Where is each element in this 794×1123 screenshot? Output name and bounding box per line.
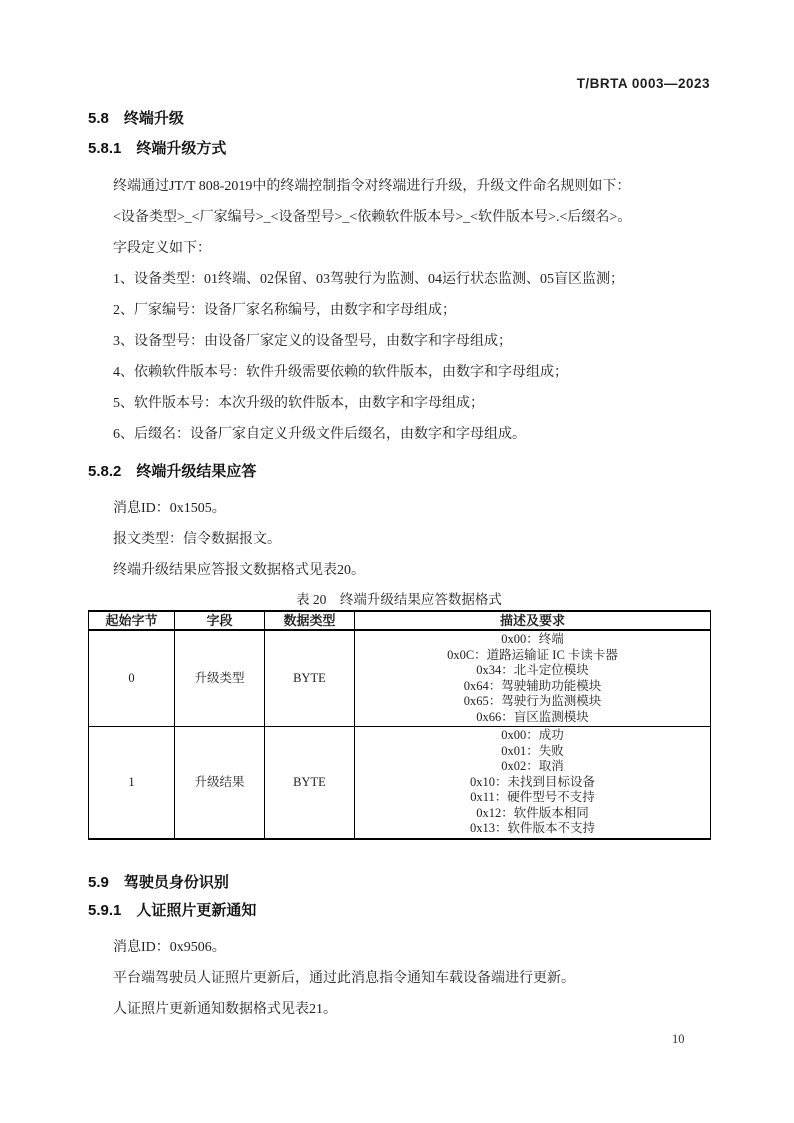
- cell-start-byte: 1: [89, 727, 175, 839]
- section-title: 终端升级结果应答: [136, 463, 256, 480]
- document-page: T/BRTA 0003—2023 5.8终端升级 5.8.1终端升级方式 终端通…: [0, 0, 794, 1123]
- paragraph-naming-rule: <设备类型>_<厂家编号>_<设备型号>_<依赖软件版本号>_<软件版本号>.<…: [113, 208, 710, 228]
- table-20-caption: 表 20 终端升级结果应答数据格式: [88, 590, 710, 610]
- section-number: 5.8.2: [88, 463, 121, 480]
- table-20: 起始字节 字段 数据类型 描述及要求 0 升级类型 BYTE 0x00：终端 0…: [88, 610, 711, 840]
- cell-description: 0x00：成功 0x01：失败 0x02：取消 0x10：未找到目标设备 0x1…: [355, 727, 711, 839]
- paragraph-message-id: 消息ID：0x1505。: [113, 499, 710, 519]
- col-header-field: 字段: [175, 611, 265, 630]
- section-title: 人证照片更新通知: [136, 902, 256, 919]
- col-header-data-type: 数据类型: [265, 611, 355, 630]
- table-header-row: 起始字节 字段 数据类型 描述及要求: [89, 611, 711, 630]
- cell-data-type: BYTE: [265, 630, 355, 727]
- paragraph-photo-update-desc: 平台端驾驶员人证照片更新后，通过此消息指令通知车载设备端进行更新。: [113, 969, 710, 989]
- section-5-9-heading: 5.9驾驶员身份识别: [88, 873, 710, 893]
- cell-field: 升级类型: [175, 630, 265, 727]
- paragraph-message-id: 消息ID：0x9506。: [113, 938, 710, 958]
- paragraph-upgrade-intro: 终端通过JT/T 808-2019中的终端控制指令对终端进行升级，升级文件命名规…: [113, 177, 710, 197]
- table-row: 1 升级结果 BYTE 0x00：成功 0x01：失败 0x02：取消 0x10…: [89, 727, 711, 839]
- section-number: 5.8.1: [88, 140, 121, 157]
- cell-data-type: BYTE: [265, 727, 355, 839]
- page-number: 10: [672, 1032, 685, 1047]
- section-5-8-1-heading: 5.8.1终端升级方式: [88, 139, 710, 159]
- section-title: 终端升级方式: [136, 140, 226, 157]
- list-item-dependent-version: 4、依赖软件版本号：软件升级需要依赖的软件版本，由数字和字母组成；: [113, 363, 710, 383]
- paragraph-table-reference: 人证照片更新通知数据格式见表21。: [113, 1000, 710, 1020]
- paragraph-table-reference: 终端升级结果应答报文数据格式见表20。: [113, 561, 710, 581]
- list-item-device-model: 3、设备型号：由设备厂家定义的设备型号，由数字和字母组成；: [113, 332, 710, 352]
- list-item-suffix: 6、后缀名：设备厂家自定义升级文件后缀名，由数字和字母组成。: [113, 425, 710, 445]
- section-5-8-heading: 5.8终端升级: [88, 109, 710, 129]
- col-header-description: 描述及要求: [355, 611, 711, 630]
- section-5-9-1-heading: 5.9.1人证照片更新通知: [88, 901, 710, 921]
- section-title: 终端升级: [124, 110, 184, 127]
- paragraph-fields-label: 字段定义如下：: [113, 239, 710, 259]
- cell-field: 升级结果: [175, 727, 265, 839]
- section-5-8-2-heading: 5.8.2终端升级结果应答: [88, 462, 710, 482]
- cell-description: 0x00：终端 0x0C：道路运输证 IC 卡读卡器 0x34：北斗定位模块 0…: [355, 630, 711, 727]
- section-number: 5.8: [88, 110, 109, 127]
- list-item-software-version: 5、软件版本号：本次升级的软件版本，由数字和字母组成；: [113, 394, 710, 414]
- table-row: 0 升级类型 BYTE 0x00：终端 0x0C：道路运输证 IC 卡读卡器 0…: [89, 630, 711, 727]
- section-title: 驾驶员身份识别: [124, 874, 229, 891]
- col-header-start-byte: 起始字节: [89, 611, 175, 630]
- header-reference: T/BRTA 0003—2023: [88, 76, 710, 92]
- cell-start-byte: 0: [89, 630, 175, 727]
- paragraph-message-type: 报文类型：信令数据报文。: [113, 530, 710, 550]
- list-item-device-type: 1、设备类型：01终端、02保留、03驾驶行为监测、04运行状态监测、05盲区监…: [113, 270, 710, 290]
- list-item-vendor-code: 2、厂家编号：设备厂家名称编号，由数字和字母组成；: [113, 301, 710, 321]
- section-number: 5.9: [88, 874, 109, 891]
- section-number: 5.9.1: [88, 902, 121, 919]
